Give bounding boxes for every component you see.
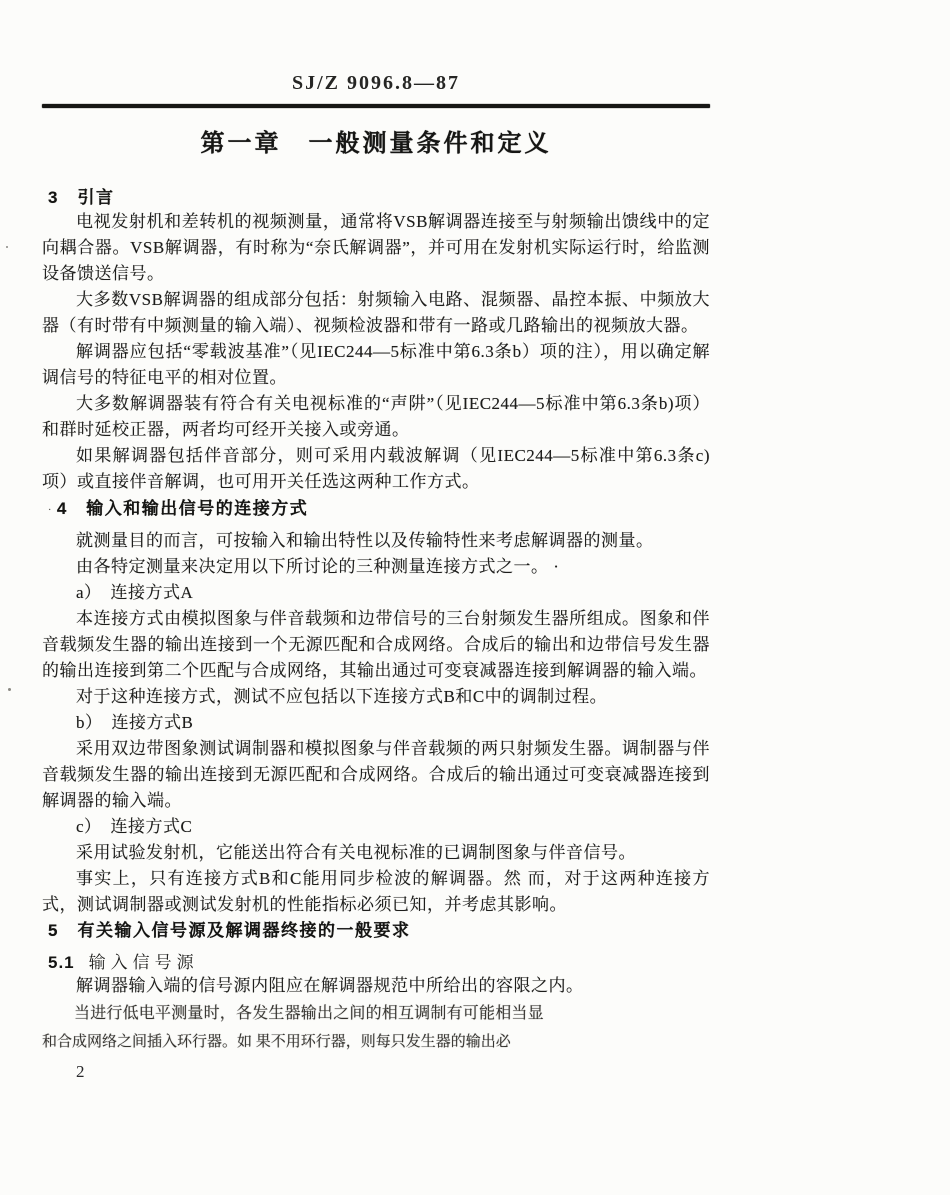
section-5-1-body: 解调器输入端的信号源内阻应在解调器规范中所给出的容限之内。 当进行低电平测量时，… <box>42 972 710 1056</box>
section-5-1-para-1: 解调器输入端的信号源内阻应在解调器规范中所给出的容限之内。 <box>42 972 710 1000</box>
connection-b-para-1: 采用双边带图象测试调制器和模拟图象与伴音载频的两只射频发生器。调制器与伴音载频发… <box>42 736 710 814</box>
scan-speck <box>6 246 8 248</box>
section-5-heading: 5 有关输入信号源及解调器终接的一般要求 <box>48 916 710 941</box>
header-rule <box>42 104 710 108</box>
section-3-para-4: 大多数解调器装有符合有关电视标准的“声阱”（见IEC244—5标准中第6.3条b… <box>42 391 710 443</box>
section-4-body: 就测量目的而言，可按输入和输出特性以及传输特性来考虑解调器的测量。 由各特定测量… <box>42 528 710 918</box>
connection-b-label: b） 连接方式B <box>42 710 710 736</box>
section-5-1-label: 输入信号源 <box>89 953 199 972</box>
section-5-1-number: 5.1 <box>48 953 75 972</box>
page-number: 2 <box>76 1062 85 1082</box>
connection-a-label: a） 连接方式A <box>42 580 710 606</box>
section-4-heading-text: 4 输入和输出信号的连接方式 <box>57 499 308 518</box>
scanned-document-page: SJ/Z 9096.8—87 第一章 一般测量条件和定义 3 引言 电视发射机和… <box>0 0 950 1195</box>
section-3-para-5: 如果解调器包括伴音部分，则可采用内载波解调（见IEC244—5标准中第6.3条c… <box>42 443 710 495</box>
connection-a-para-1: 本连接方式由模拟图象与伴音载频和边带信号的三台射频发生器所组成。图象和伴音载频发… <box>42 606 710 684</box>
section-3-para-1: 电视发射机和差转机的视频测量，通常将VSB解调器连接至与射频输出馈线中的定向耦合… <box>42 209 710 287</box>
chapter-title: 第一章 一般测量条件和定义 <box>42 123 710 158</box>
section-4-heading: ·4 输入和输出信号的连接方式 <box>48 494 710 519</box>
section-4-para-3: 事实上，只有连接方式B和C能用同步检波的解调器。然 而，对于这两种连接方式，测试… <box>42 866 710 918</box>
section-3-heading: 3 引言 <box>48 183 710 208</box>
section-3-body: 电视发射机和差转机的视频测量，通常将VSB解调器连接至与射频输出馈线中的定向耦合… <box>42 209 710 495</box>
connection-c-label: c） 连接方式C <box>42 814 710 840</box>
scan-artifact-dot: · <box>48 504 53 515</box>
scan-speck <box>8 688 11 691</box>
section-5-1-fragment-2: 和合成网络之间插入环行器。如 果不用环行器，则每只发生器的输出必 <box>42 1028 710 1056</box>
section-4-para-1: 就测量目的而言，可按输入和输出特性以及传输特性来考虑解调器的测量。 <box>42 528 710 554</box>
section-5-1-heading: 5.1输入信号源 <box>48 948 716 973</box>
section-3-para-2: 大多数VSB解调器的组成部分包括：射频输入电路、混频器、晶控本振、中频放大器（有… <box>42 287 710 339</box>
connection-c-para-1: 采用试验发射机，它能送出符合有关电视标准的已调制图象与伴音信号。 <box>42 840 710 866</box>
connection-a-para-2: 对于这种连接方式，测试不应包括以下连接方式B和C中的调制过程。 <box>42 684 710 710</box>
section-3-para-3: 解调器应包括“零载波基准”（见IEC244—5标准中第6.3条b）项的注），用以… <box>42 339 710 391</box>
section-4-para-2: 由各特定测量来决定用以下所讨论的三种测量连接方式之一。 · <box>42 554 710 580</box>
section-5-1-fragment-1: 当进行低电平测量时，各发生器输出之间的相互调制有可能相当显 <box>42 1000 710 1028</box>
doc-number: SJ/Z 9096.8—87 <box>42 72 710 95</box>
